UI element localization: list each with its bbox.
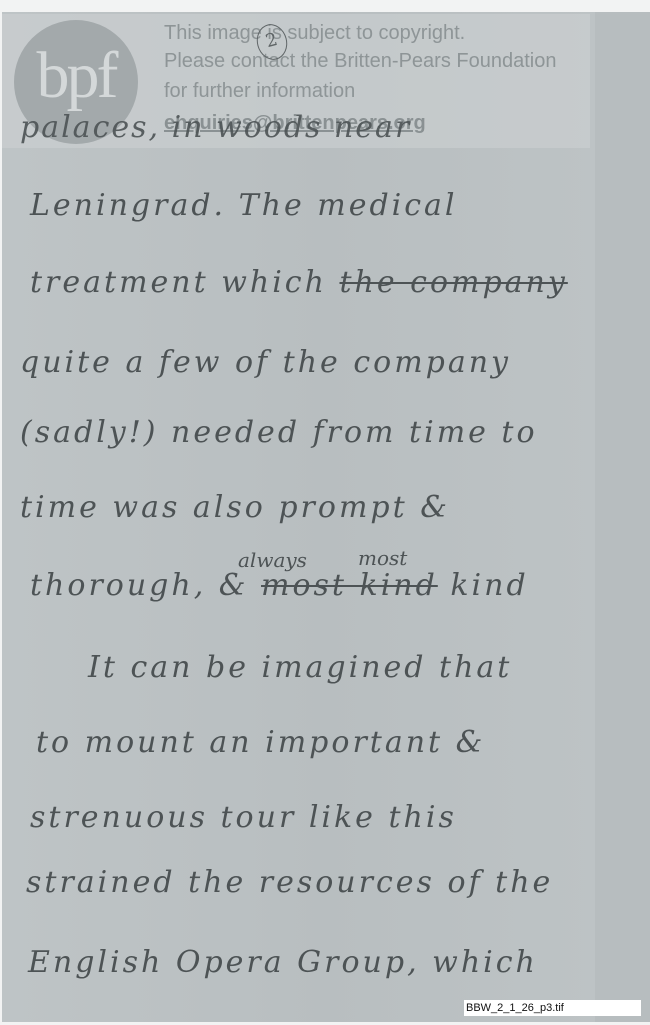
line-7-after: kind — [450, 568, 528, 603]
struck-text: most kind — [261, 568, 438, 603]
handwritten-line-5: (sadly!) needed from time to — [20, 415, 538, 450]
watermark-line-2: Please contact the Britten-Pears Foundat… — [164, 50, 556, 73]
handwritten-line-7: thorough, & most kind kind — [30, 568, 529, 603]
struck-text: the company — [339, 265, 567, 300]
line-3-text: treatment which — [30, 265, 327, 300]
line-7-text: thorough, & — [30, 568, 248, 603]
handwritten-line-3: treatment which the company — [30, 265, 568, 300]
handwritten-line-10: strenuous tour like this — [30, 800, 457, 835]
handwritten-line-9: to mount an important & — [36, 725, 485, 760]
handwritten-line-2: Leningrad. The medical — [30, 188, 458, 223]
handwritten-line-4: quite a few of the company — [20, 345, 511, 380]
page-edge — [595, 12, 650, 1022]
handwritten-line-12: English Opera Group, which — [28, 945, 538, 980]
filename-label: BBW_2_1_26_p3.tif — [464, 1000, 641, 1016]
insertion-most: most — [358, 546, 407, 570]
watermark-line-1: This image is subject to copyright. — [164, 22, 465, 45]
handwritten-line-1: palaces, in woods near — [20, 110, 411, 145]
logo-text: bpf — [14, 38, 138, 114]
watermark-line-3: for further information — [164, 80, 355, 103]
handwritten-line-11: strained the resources of the — [26, 865, 553, 900]
handwritten-line-6: time was also prompt & — [20, 490, 450, 525]
handwritten-line-8: It can be imagined that — [88, 650, 512, 685]
